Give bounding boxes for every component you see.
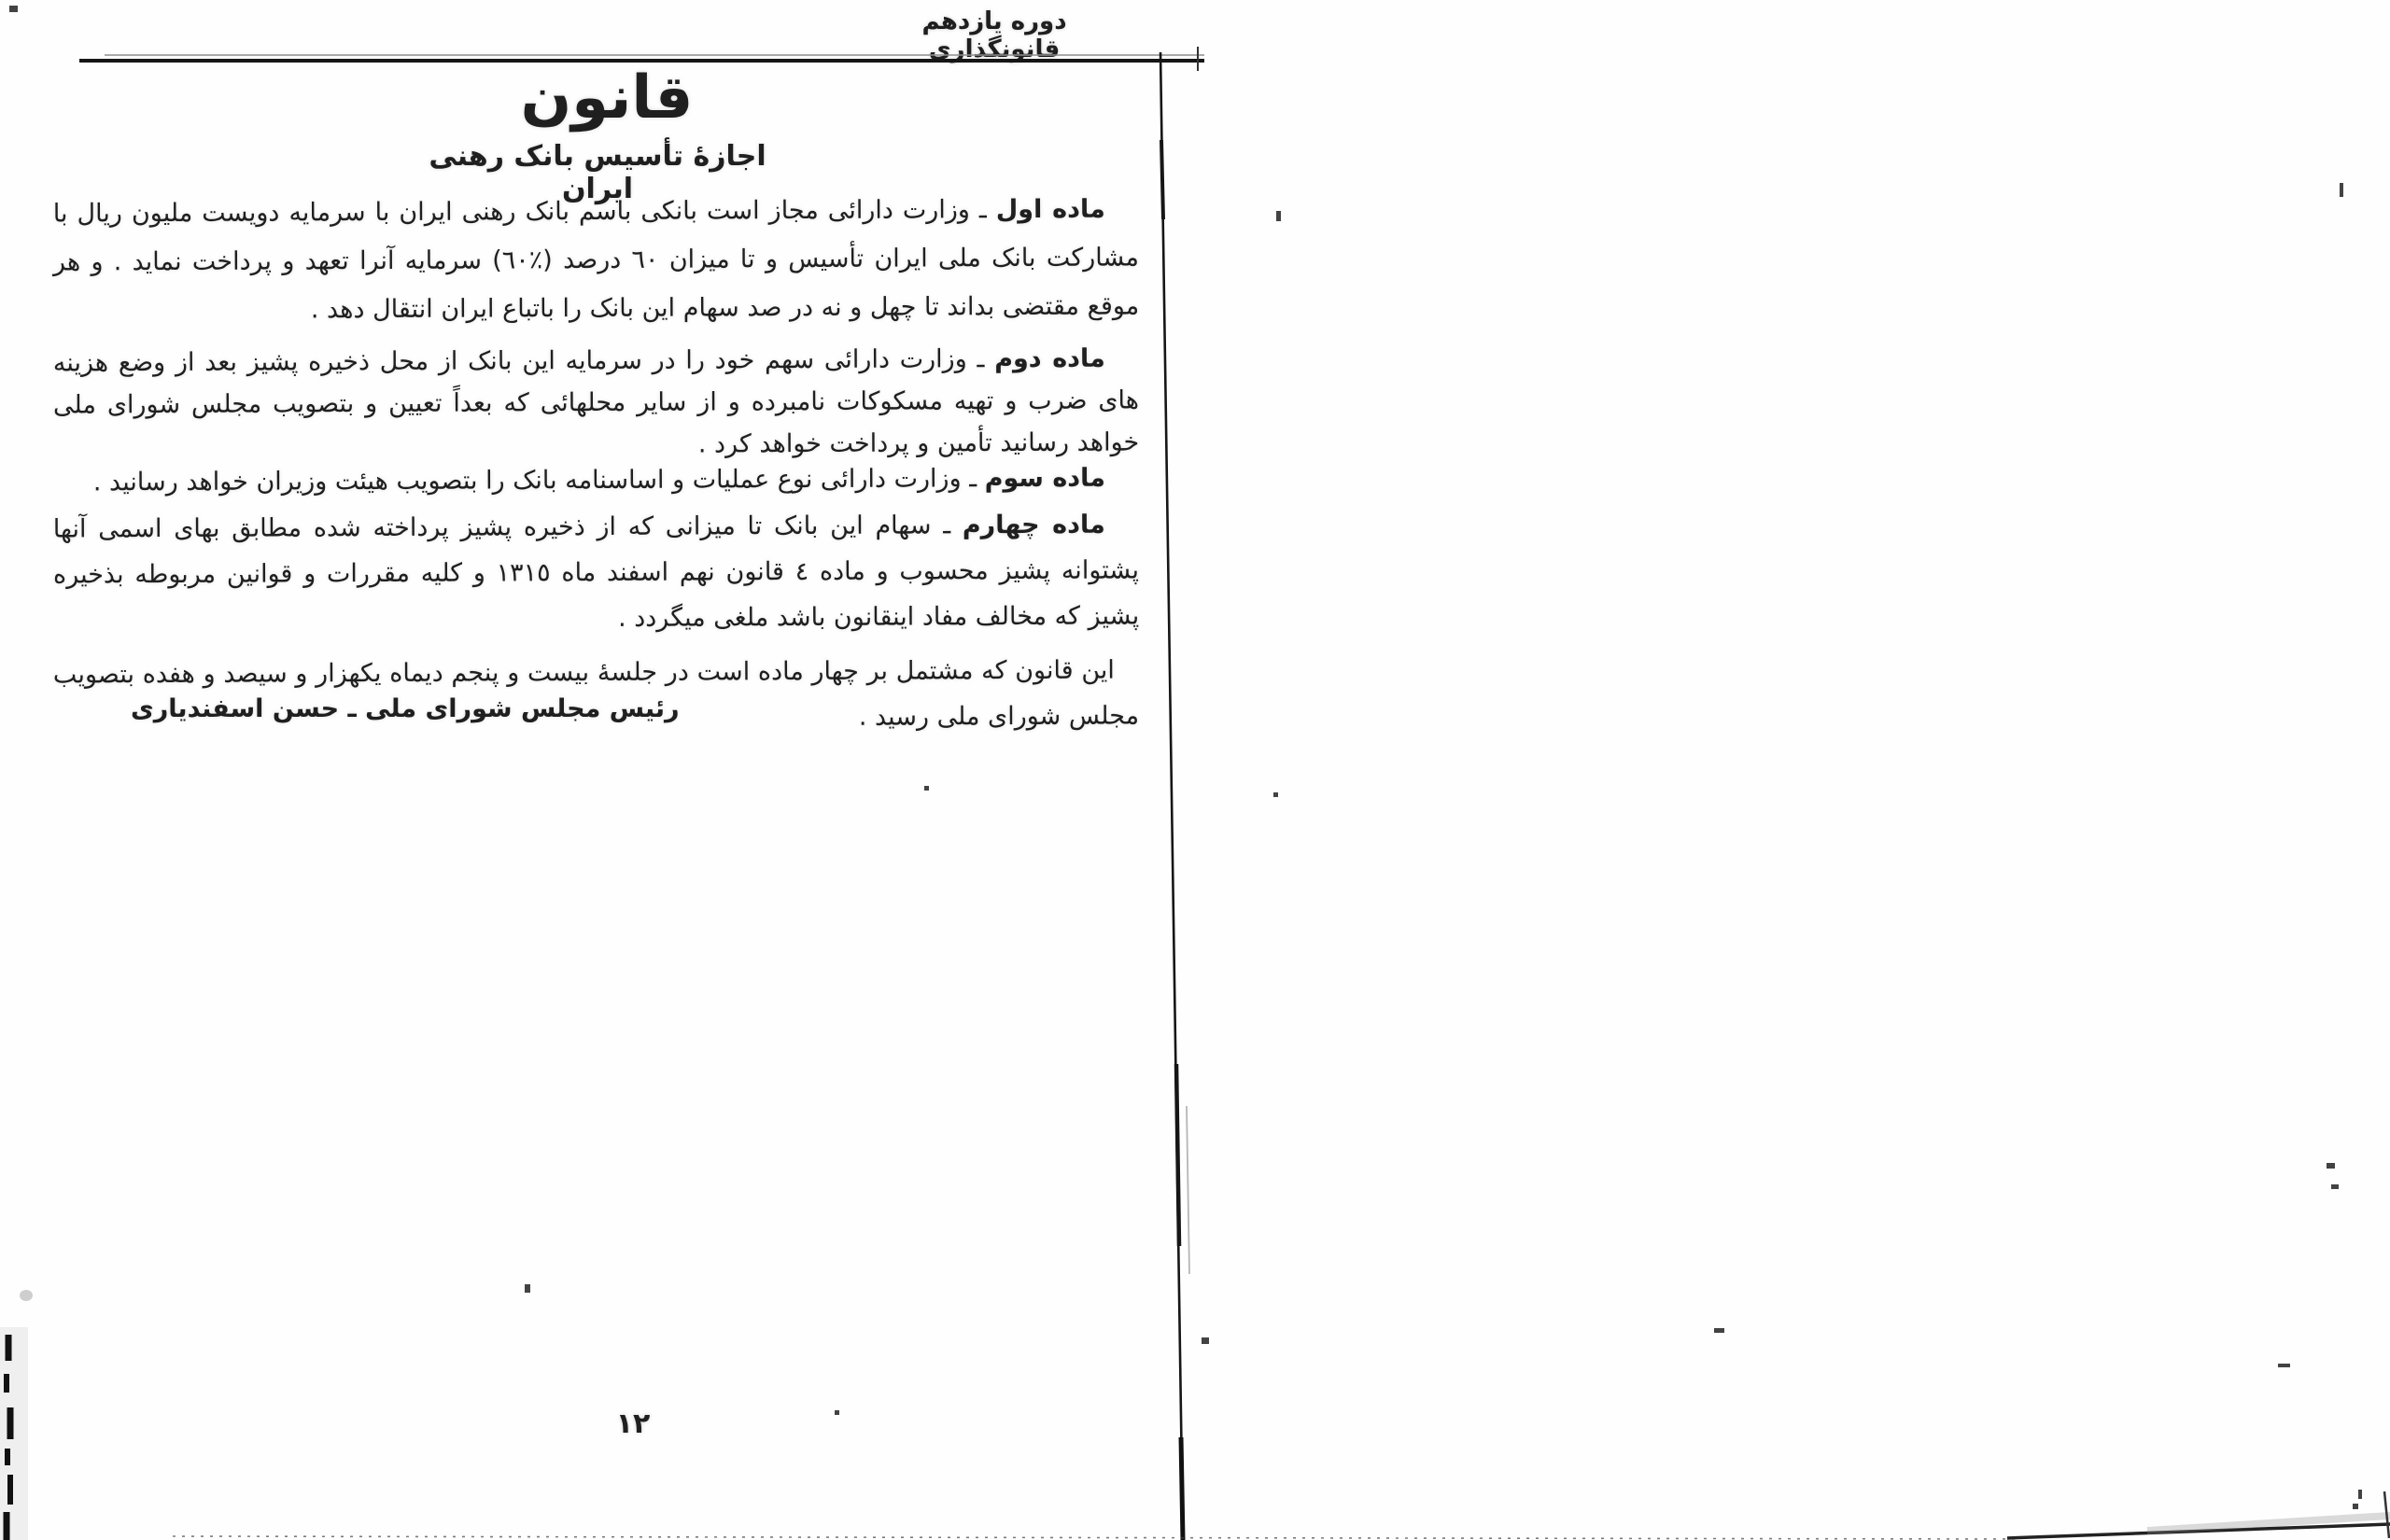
law-title: قانون	[401, 63, 812, 133]
article-4-label: ماده چهارم	[963, 511, 1105, 540]
signature-line: رئیس مجلس شورای ملی ـ حسن اسفندیاری	[131, 694, 680, 723]
page-number: ١٢	[605, 1407, 661, 1440]
header-rule	[79, 59, 1204, 63]
article-1-text: ـ وزارت دارائی مجاز است بانکی باسم بانک …	[53, 195, 1140, 324]
bottom-edge-streak	[173, 1491, 2390, 1539]
article-3-paragraph: ماده سوم ـ وزارت دارائی نوع عملیات و اسا…	[53, 456, 1139, 503]
article-2-text: ـ وزارت دارائی سهم خود را در سرمایه این …	[53, 344, 1140, 458]
page-fold-line	[1160, 47, 1198, 1540]
article-2-paragraph: ماده دوم ـ وزارت دارائی سهم خود را در سر…	[53, 337, 1140, 468]
left-edge-binding-marks	[0, 1290, 33, 1540]
article-3-label: ماده سوم	[985, 464, 1105, 494]
article-4-paragraph: ماده چهارم ـ سهام این بانک تا میزانی که …	[53, 501, 1140, 643]
article-1-label: ماده اول	[996, 195, 1105, 225]
article-1-paragraph: ماده اول ـ وزارت دارائی مجاز است بانکی ب…	[53, 185, 1140, 335]
article-3-text: ـ وزارت دارائی نوع عملیات و اساسنامه بان…	[93, 464, 977, 497]
article-2-label: ماده دوم	[994, 344, 1105, 374]
scanned-law-page: دوره یازدهم قانونگذاری قانون اجازۀ تأسیس…	[0, 0, 2390, 1540]
header-rule-shadow	[105, 54, 1204, 56]
